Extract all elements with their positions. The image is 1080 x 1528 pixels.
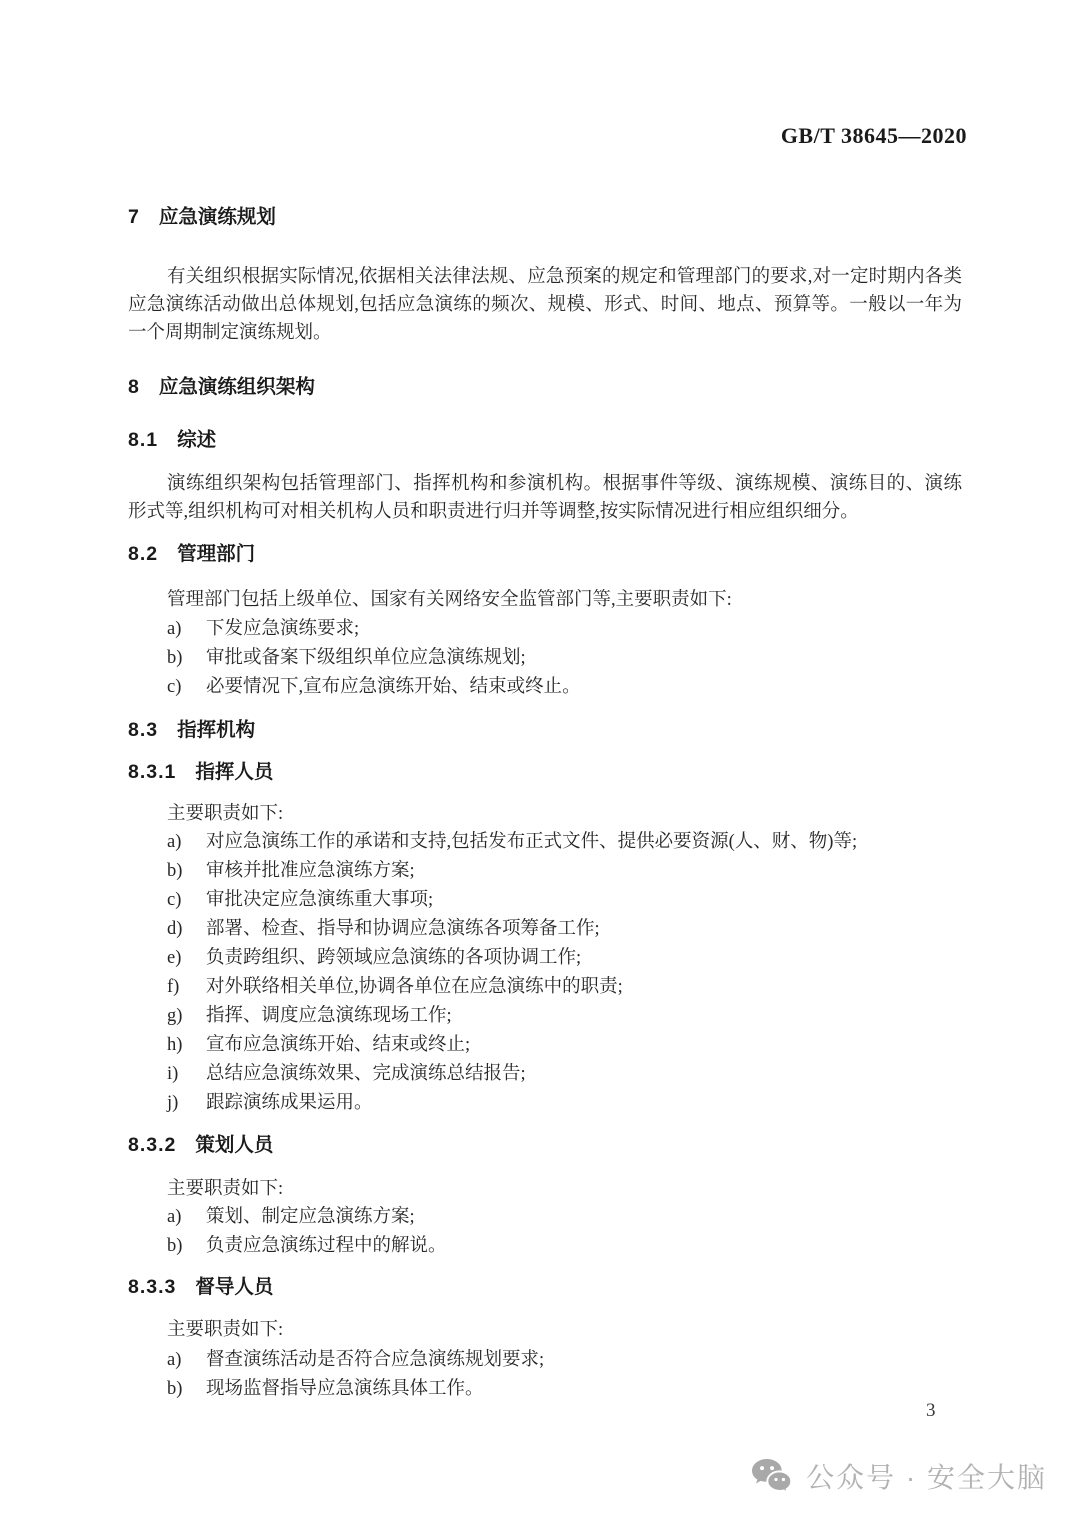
list-item-text: 督查演练活动是否符合应急演练规划要求;	[206, 1346, 962, 1375]
section-title: 督导人员	[195, 1276, 273, 1298]
section-title: 综述	[177, 429, 216, 451]
list-item: a)下发应急演练要求;	[128, 615, 962, 644]
list-item-label: f)	[167, 973, 206, 1002]
section-number: 8.3.2	[128, 1134, 176, 1156]
list-item-text: 负责跨组织、跨领域应急演练的各项协调工作;	[206, 944, 962, 973]
list-item-label: b)	[167, 644, 206, 673]
section-title: 管理部门	[177, 543, 255, 565]
list-item: c)审批决定应急演练重大事项;	[128, 886, 962, 915]
list-item-text: 对应急演练工作的承诺和支持,包括发布正式文件、提供必要资源(人、财、物)等;	[206, 828, 962, 857]
list-item-text: 审批或备案下级组织单位应急演练规划;	[206, 644, 962, 673]
section-number: 8	[128, 376, 140, 398]
section-7-heading: 7应急演练规划	[128, 203, 962, 231]
list-item-label: c)	[167, 673, 206, 702]
list-item-label: a)	[167, 828, 206, 857]
list-item: d)部署、检查、指导和协调应急演练各项筹备工作;	[128, 915, 962, 944]
list-item: g)指挥、调度应急演练现场工作;	[128, 1002, 962, 1031]
list-item-label: a)	[167, 615, 206, 644]
section-8-3-3-list: a)督查演练活动是否符合应急演练规划要求; b)现场监督指导应急演练具体工作。	[128, 1346, 962, 1404]
list-item: e)负责跨组织、跨领域应急演练的各项协调工作;	[128, 944, 962, 973]
section-title: 策划人员	[195, 1134, 273, 1156]
section-number: 7	[128, 206, 140, 228]
section-8-3-1-list: a)对应急演练工作的承诺和支持,包括发布正式文件、提供必要资源(人、财、物)等;…	[128, 828, 962, 1118]
section-number: 8.3.3	[128, 1276, 176, 1298]
section-8-3-3-intro: 主要职责如下:	[128, 1316, 962, 1344]
section-8-3-1-heading: 8.3.1指挥人员	[128, 758, 962, 786]
list-item-text: 部署、检查、指导和协调应急演练各项筹备工作;	[206, 915, 962, 944]
list-item-label: e)	[167, 944, 206, 973]
list-item-text: 对外联络相关单位,协调各单位在应急演练中的职责;	[206, 973, 962, 1002]
list-item-text: 跟踪演练成果运用。	[206, 1089, 962, 1118]
list-item-text: 必要情况下,宣布应急演练开始、结束或终止。	[206, 673, 962, 702]
section-8-2-list: a)下发应急演练要求; b)审批或备案下级组织单位应急演练规划; c)必要情况下…	[128, 615, 962, 702]
list-item: j)跟踪演练成果运用。	[128, 1089, 962, 1118]
section-8-1-paragraph: 演练组织架构包括管理部门、指挥机构和参演机构。根据事件等级、演练规模、演练目的、…	[128, 470, 962, 526]
list-item-text: 现场监督指导应急演练具体工作。	[206, 1375, 962, 1404]
list-item-text: 审核并批准应急演练方案;	[206, 857, 962, 886]
list-item: a)对应急演练工作的承诺和支持,包括发布正式文件、提供必要资源(人、财、物)等;	[128, 828, 962, 857]
list-item: f)对外联络相关单位,协调各单位在应急演练中的职责;	[128, 973, 962, 1002]
list-item-text: 下发应急演练要求;	[206, 615, 962, 644]
section-8-3-2-list: a)策划、制定应急演练方案; b)负责应急演练过程中的解说。	[128, 1203, 962, 1261]
section-8-2-heading: 8.2管理部门	[128, 540, 962, 568]
section-title: 指挥人员	[195, 761, 273, 783]
list-item: a)督查演练活动是否符合应急演练规划要求;	[128, 1346, 962, 1375]
wechat-watermark: 公众号 · 安全大脑	[752, 1456, 1047, 1496]
list-item-label: d)	[167, 915, 206, 944]
list-item-label: b)	[167, 1232, 206, 1261]
section-number: 8.1	[128, 429, 158, 451]
section-8-3-2-intro: 主要职责如下:	[128, 1175, 962, 1203]
section-title: 指挥机构	[177, 719, 255, 741]
list-item-label: h)	[167, 1031, 206, 1060]
section-8-3-1-intro: 主要职责如下:	[128, 800, 962, 828]
section-number: 8.2	[128, 543, 158, 565]
section-7-paragraph: 有关组织根据实际情况,依据相关法律法规、应急预案的规定和管理部门的要求,对一定时…	[128, 263, 962, 347]
section-8-2-intro: 管理部门包括上级单位、国家有关网络安全监管部门等,主要职责如下:	[128, 586, 962, 614]
list-item: b)审批或备案下级组织单位应急演练规划;	[128, 644, 962, 673]
list-item-text: 宣布应急演练开始、结束或终止;	[206, 1031, 962, 1060]
list-item: b)审核并批准应急演练方案;	[128, 857, 962, 886]
list-item: i)总结应急演练效果、完成演练总结报告;	[128, 1060, 962, 1089]
list-item-label: j)	[167, 1089, 206, 1118]
document-content: 7应急演练规划 有关组织根据实际情况,依据相关法律法规、应急预案的规定和管理部门…	[128, 0, 962, 1404]
list-item-label: a)	[167, 1203, 206, 1232]
list-item-text: 负责应急演练过程中的解说。	[206, 1232, 962, 1261]
list-item-text: 审批决定应急演练重大事项;	[206, 886, 962, 915]
list-item: c)必要情况下,宣布应急演练开始、结束或终止。	[128, 673, 962, 702]
list-item-label: b)	[167, 1375, 206, 1404]
list-item: a)策划、制定应急演练方案;	[128, 1203, 962, 1232]
list-item-label: g)	[167, 1002, 206, 1031]
list-item-label: a)	[167, 1346, 206, 1375]
section-number: 8.3.1	[128, 761, 176, 783]
section-8-3-heading: 8.3指挥机构	[128, 716, 962, 744]
page-number: 3	[926, 1400, 936, 1422]
list-item-label: i)	[167, 1060, 206, 1089]
section-8-heading: 8应急演练组织架构	[128, 373, 962, 401]
section-title: 应急演练规划	[159, 206, 276, 228]
list-item-label: c)	[167, 886, 206, 915]
list-item: b)现场监督指导应急演练具体工作。	[128, 1375, 962, 1404]
section-number: 8.3	[128, 719, 158, 741]
list-item: h)宣布应急演练开始、结束或终止;	[128, 1031, 962, 1060]
wechat-watermark-text: 公众号 · 安全大脑	[806, 1456, 1047, 1496]
list-item-text: 总结应急演练效果、完成演练总结报告;	[206, 1060, 962, 1089]
list-item-label: b)	[167, 857, 206, 886]
document-page: GB/T 38645—2020 7应急演练规划 有关组织根据实际情况,依据相关法…	[0, 0, 1080, 1528]
list-item-text: 策划、制定应急演练方案;	[206, 1203, 962, 1232]
section-8-3-2-heading: 8.3.2策划人员	[128, 1131, 962, 1159]
wechat-icon	[752, 1457, 793, 1495]
section-8-3-3-heading: 8.3.3督导人员	[128, 1273, 962, 1301]
section-8-1-heading: 8.1综述	[128, 426, 962, 454]
section-title: 应急演练组织架构	[159, 376, 315, 398]
list-item: b)负责应急演练过程中的解说。	[128, 1232, 962, 1261]
list-item-text: 指挥、调度应急演练现场工作;	[206, 1002, 962, 1031]
